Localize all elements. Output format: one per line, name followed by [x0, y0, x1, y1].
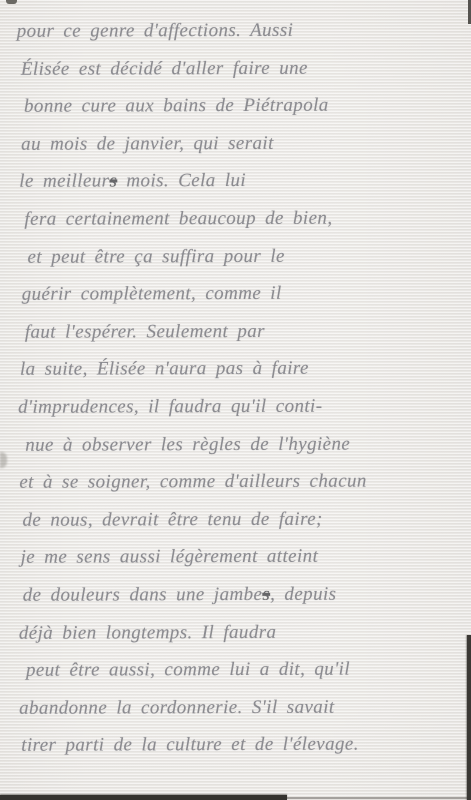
handwritten-line: je me sens aussi légèrement atteint — [21, 538, 466, 577]
text-segment: fera certainement beaucoup de bien, — [24, 208, 332, 230]
handwritten-line: au mois de janvier, qui serait — [21, 124, 464, 163]
text-segment: abandonne la cordonnerie. S'il savait — [19, 696, 335, 718]
text-segment: le meilleur — [19, 171, 109, 192]
text-segment: faut l'espérer. Seulement par — [25, 321, 265, 343]
handwritten-line: pour ce genre d'affections. Aussi — [17, 11, 464, 50]
text-segment: de douleurs dans une jambe — [23, 584, 263, 606]
text-segment: la suite, Élisée n'aura pas à faire — [20, 358, 309, 380]
handwritten-line: bonne cure aux bains de Piétrapola — [24, 86, 464, 125]
handwritten-line: peut être aussi, comme lui a dit, qu'il — [26, 650, 466, 689]
text-segment: et peut être ça suffira pour le — [28, 245, 285, 267]
handwritten-line: la suite, Élisée n'aura pas à faire — [20, 350, 465, 389]
handwritten-line: faut l'espérer. Seulement par — [25, 312, 465, 351]
text-segment: déjà bien longtemps. Il faudra — [19, 621, 277, 643]
text-segment: et à se soigner, comme d'ailleurs chacun — [19, 471, 367, 493]
text-segment: pour ce genre d'affections. Aussi — [17, 20, 294, 42]
text-segment: , depuis — [270, 584, 336, 605]
handwritten-line: guérir complètement, comme il — [22, 274, 465, 313]
handwritten-line: d'imprudences, il faudra qu'il conti- — [18, 387, 465, 426]
scan-edge-top-left — [6, 0, 17, 4]
text-segment: d'imprudences, il faudra qu'il conti- — [18, 396, 322, 418]
text-segment: tirer parti de la culture et de l'élevag… — [21, 734, 359, 756]
text-segment: peut être aussi, comme lui a dit, qu'il — [26, 659, 350, 681]
handwritten-line: de nous, devrait être tenu de faire; — [22, 500, 465, 539]
letter-page: pour ce genre d'affections. AussiÉlisée … — [0, 0, 471, 800]
handwritten-line: et peut être ça suffira pour le — [27, 237, 464, 276]
text-segment: Élisée est décidé d'aller faire une — [21, 57, 308, 79]
handwritten-line: de douleurs dans une jambes, depuis — [23, 575, 466, 614]
handwritten-line: le meilleurs mois. Cela lui — [19, 162, 464, 201]
handwritten-line: nue à observer les règles de l'hygiène — [25, 425, 465, 464]
handwritten-line: fera certainement beaucoup de bien, — [24, 199, 464, 238]
handwritten-line: et à se soigner, comme d'ailleurs chacun — [19, 462, 465, 501]
handwritten-line: Élisée est décidé d'aller faire une — [21, 49, 464, 88]
text-segment: guérir complètement, comme il — [22, 283, 282, 305]
text-segment: de nous, devrait être tenu de faire; — [22, 508, 322, 530]
scan-edge-bottom — [0, 795, 287, 800]
scan-smudge-left — [0, 452, 7, 468]
text-segment: je me sens aussi légèrement atteint — [21, 546, 319, 568]
struck-letter: s — [109, 171, 117, 192]
handwritten-line: déjà bien longtemps. Il faudra — [19, 613, 466, 652]
handwritten-line: abandonne la cordonnerie. S'il savait — [19, 688, 466, 727]
text-segment: mois. Cela lui — [117, 170, 246, 191]
handwritten-line: tirer parti de la culture et de l'élevag… — [21, 725, 466, 764]
scan-edge-right — [467, 635, 471, 800]
scan-edge-bottom-line — [240, 797, 471, 799]
handwritten-text: pour ce genre d'affections. AussiÉlisée … — [17, 11, 467, 764]
text-segment: bonne cure aux bains de Piétrapola — [24, 95, 329, 117]
text-segment: nue à observer les règles de l'hygiène — [25, 433, 350, 455]
text-segment: au mois de janvier, qui serait — [21, 133, 274, 155]
